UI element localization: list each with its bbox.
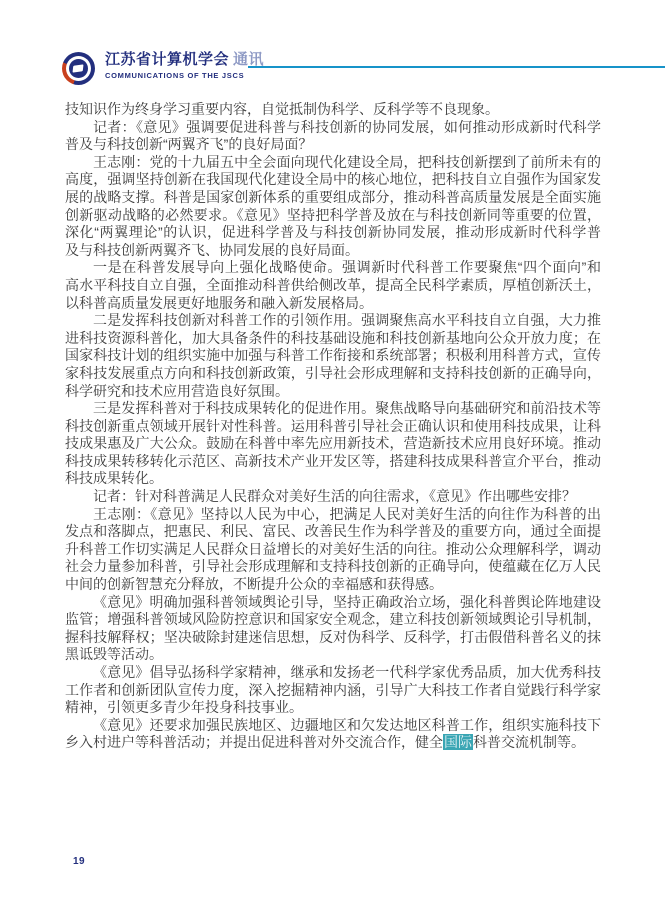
text-line: 技成果惠及广大公众。鼓励在科普中率先应用新技术，营造新技术应用良好环境。推动 xyxy=(65,435,601,453)
society-name: 江苏省计算机学会 xyxy=(105,51,229,68)
text-line: 记者：针对科普满足人民群众对美好生活的向往需求，《意见》作出哪些安排？ xyxy=(65,488,601,506)
text-line: 监管；增强科普领域风险防控意识和国家安全观念，建立科技创新领域舆论引导机制，掌 xyxy=(65,611,601,629)
text-line: 技知识作为终身学习重要内容，自觉抵制伪科学、反科学等不良现象。 xyxy=(65,101,601,119)
text-line: 社会力量参加科普，引导社会形成理解和支持科技创新的正确导向，使蕴藏在亿万人民 xyxy=(65,558,601,576)
jscs-logo-icon xyxy=(62,52,95,85)
text-line: 高水平科技自立自强，全面推动科普供给侧改革，提高全民科学素质，厚植创新沃土， xyxy=(65,277,601,295)
text-line: 科技创新重点领域开展针对性科普。运用科普引导社会正确认识和使用科技成果，让科 xyxy=(65,418,601,436)
text-line: 及与科技创新两翼齐飞、协同发展的良好局面。 xyxy=(65,242,601,260)
text-line: 国家科技计划的组织实施中加强与科普工作衔接和系统部署；积极利用科普方式，宣传国 xyxy=(65,347,601,365)
document-page: { "header": { "society_name": "江苏省计算机学会"… xyxy=(0,0,665,912)
text-line: 创新驱动战略的必然要求。《意见》坚持把科学普及放在与科技创新同等重要的位置， xyxy=(65,207,601,225)
text-line: 黑诋毁等活动。 xyxy=(65,646,601,664)
page-number: 19 xyxy=(73,856,85,867)
text-line: 一是在科普发展导向上强化战略使命。强调新时代科普工作要聚焦“四个面向”和 xyxy=(65,259,601,277)
text-line: 三是发挥科普对于科技成果转化的促进作用。聚焦战略导向基础研究和前沿技术等 xyxy=(65,400,601,418)
text-line: 二是发挥科技创新对科普工作的引领作用。强调聚焦高水平科技自立自强，大力推 xyxy=(65,312,601,330)
text-line: 握科技解释权；坚决破除封建迷信思想，反对伪科学、反科学，打击假借科普名义的抹 xyxy=(65,629,601,647)
masthead: 江苏省计算机学会通讯 COMMUNICATIONS OF THE JSCS xyxy=(105,51,264,80)
masthead-subtitle: COMMUNICATIONS OF THE JSCS xyxy=(105,71,264,80)
text-line: 《意见》明确加强科普领域舆论引导，坚持正确政治立场，强化科普舆论阵地建设和 xyxy=(65,594,601,612)
text-line: 精神，引领更多青少年投身科技事业。 xyxy=(65,699,601,717)
text-line: 家科技发展重点方向和科技创新政策，引导社会形成理解和支持科技创新的正确导向，为 xyxy=(65,365,601,383)
text-line: 普及与科技创新“两翼齐飞”的良好局面？ xyxy=(65,136,601,154)
text-line: 进科技资源科普化，加大具备条件的科技基础设施和科技创新基地向公众开放力度；在 xyxy=(65,330,601,348)
header-rule xyxy=(248,66,665,68)
text-line: 中间的创新智慧充分释放，不断提升公众的幸福感和获得感。 xyxy=(65,576,601,594)
text-line: 王志刚：党的十九届五中全会面向现代化建设全局，把科技创新摆到了前所未有的 xyxy=(65,154,601,172)
logo-computer-glyph xyxy=(69,59,88,78)
masthead-title: 江苏省计算机学会通讯 xyxy=(105,51,264,68)
text-line: 高度，强调坚持创新在我国现代化建设全局中的核心地位，把科技自立自强作为国家发 xyxy=(65,171,601,189)
text-line: 以科普高质量发展更好地服务和融入新发展格局。 xyxy=(65,295,601,313)
text-line: 升科普工作切实满足人民群众日益增长的对美好生活的向往。推动公众理解科学，调动 xyxy=(65,541,601,559)
text-line: 乡入村进户等科普活动；并提出促进科普对外交流合作，健全国际科普交流机制等。 xyxy=(65,734,601,752)
text-line: 深化“两翼理论”的认识，促进科学普及与科技创新协同发展，推动形成新时代科学普 xyxy=(65,224,601,242)
article-body: 技知识作为终身学习重要内容，自觉抵制伪科学、反科学等不良现象。记者：《意见》强调… xyxy=(65,101,601,752)
text-line: 科学研究和技术应用营造良好氛围。 xyxy=(65,383,601,401)
text-line: 记者：《意见》强调要促进科普与科技创新的协同发展，如何推动形成新时代科学 xyxy=(65,119,601,137)
logo-inner-ring xyxy=(66,56,91,81)
text-line: 展的战略支撑。科普是国家创新体系的重要组成部分，推动科普高质量发展是全面实施 xyxy=(65,189,601,207)
text-line: 发点和落脚点，把惠民、利民、富民、改善民生作为科学普及的重要方向，通过全面提 xyxy=(65,523,601,541)
text-line: 科技成果转化。 xyxy=(65,470,601,488)
text-line: 科技成果转移转化示范区、高新技术产业开发区等，搭建科技成果科普宣介平台，推动 xyxy=(65,453,601,471)
text-line: 工作者和创新团队宣传力度，深入挖掘精神内涵，引导广大科技工作者自觉践行科学家 xyxy=(65,682,601,700)
text-line: 《意见》倡导弘扬科学家精神，继承和发扬老一代科学家优秀品质，加大优秀科技 xyxy=(65,664,601,682)
highlighted-text: 国际 xyxy=(443,734,473,750)
text-line: 《意见》还要求加强民族地区、边疆地区和欠发达地区科普工作，组织实施科技下 xyxy=(65,717,601,735)
text-line: 王志刚：《意见》坚持以人民为中心，把满足人民对美好生活的向往作为科普的出 xyxy=(65,506,601,524)
